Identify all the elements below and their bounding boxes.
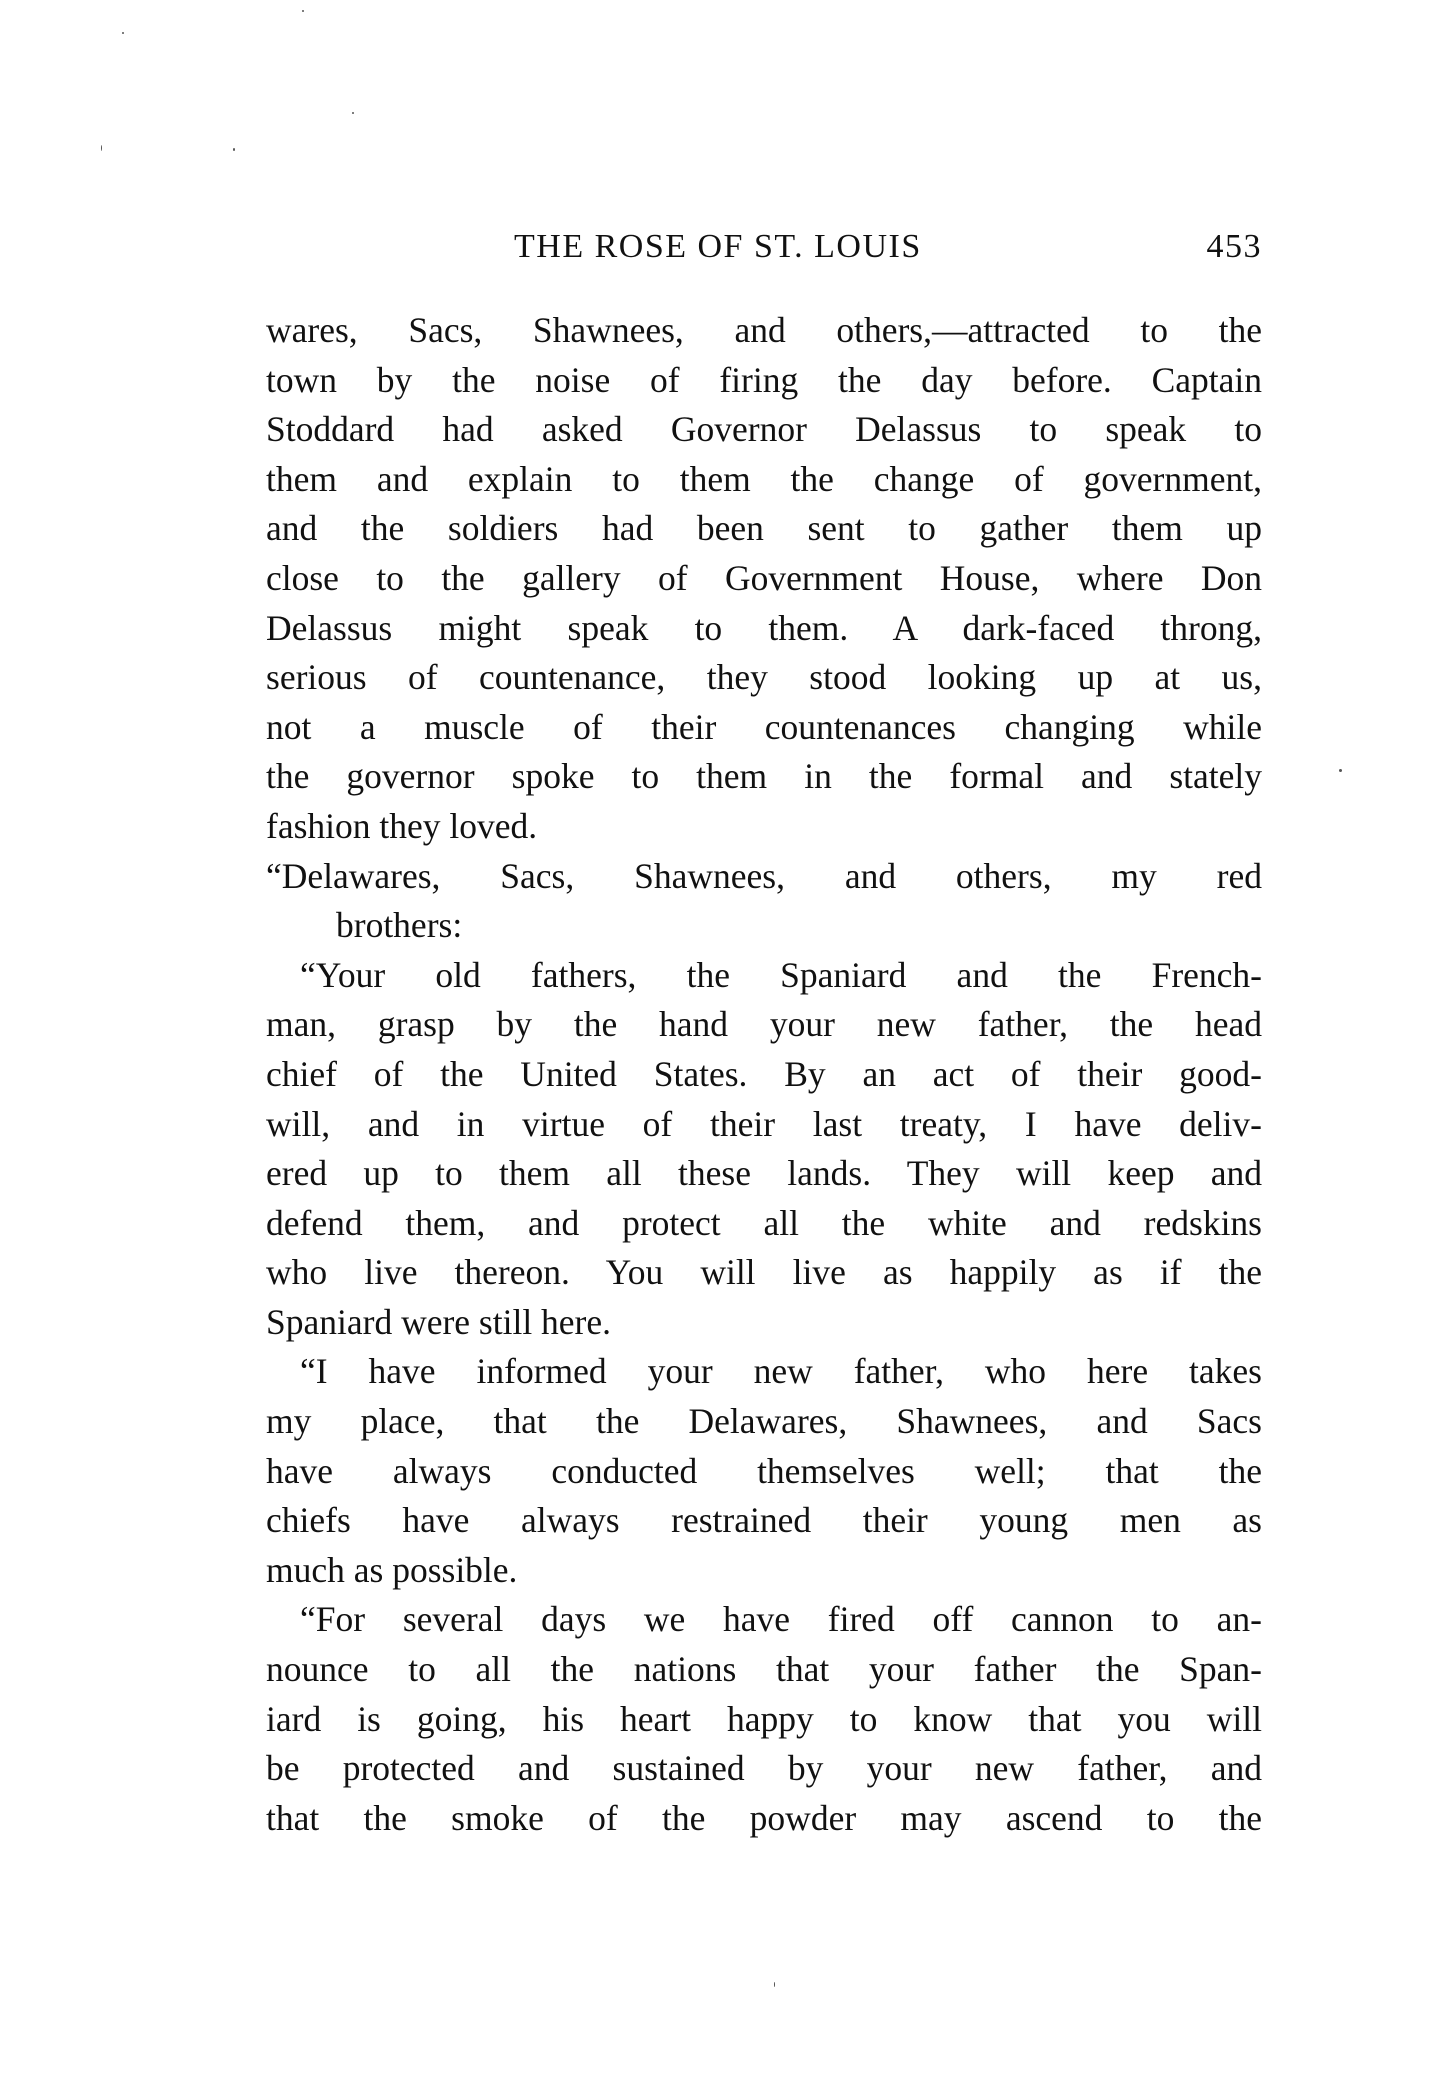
text-line: and the soldiers had been sent to gather… — [266, 504, 1262, 554]
text-line: chief of the United States. By an act of… — [266, 1050, 1262, 1100]
text-line: my place, that the Delawares, Shawnees, … — [266, 1397, 1262, 1447]
text-line: “For several days we have fired off cann… — [266, 1595, 1262, 1645]
text-line: that the smoke of the powder may ascend … — [266, 1794, 1262, 1844]
text-line: nounce to all the nations that your fath… — [266, 1645, 1262, 1695]
scan-artifact — [774, 1982, 775, 1987]
speech-salutation-line: “Delawares, Sacs, Shawnees, and others, … — [266, 852, 1262, 902]
running-title: THE ROSE OF ST. LOUIS — [514, 228, 922, 266]
text-line: wares, Sacs, Shawnees, and others,—attra… — [266, 306, 1262, 356]
book-page: THE ROSE OF ST. LOUIS 453 wares, Sacs, S… — [0, 0, 1456, 2082]
text-line: “Your old fathers, the Spaniard and the … — [266, 951, 1262, 1001]
text-line: Stoddard had asked Governor Delassus to … — [266, 405, 1262, 455]
text-line: Spaniard were still here. — [266, 1298, 1262, 1348]
text-line: chiefs have always restrained their youn… — [266, 1496, 1262, 1546]
text-line: fashion they loved. — [266, 802, 1262, 852]
text-line: the governor spoke to them in the formal… — [266, 752, 1262, 802]
text-line: defend them, and protect all the white a… — [266, 1199, 1262, 1249]
text-line: who live thereon. You will live as happi… — [266, 1248, 1262, 1298]
text-line: them and explain to them the change of g… — [266, 455, 1262, 505]
text-line: close to the gallery of Government House… — [266, 554, 1262, 604]
text-line: will, and in virtue of their last treaty… — [266, 1100, 1262, 1150]
scan-artifact — [1339, 769, 1342, 772]
text-line: Delassus might speak to them. A dark-fac… — [266, 604, 1262, 654]
scan-artifact — [302, 10, 304, 12]
speech-salutation-line: brothers: — [266, 901, 1262, 951]
text-line: serious of countenance, they stood looki… — [266, 653, 1262, 703]
running-head: THE ROSE OF ST. LOUIS 453 — [266, 228, 1262, 272]
text-line: much as possible. — [266, 1546, 1262, 1596]
text-line: “I have informed your new father, who he… — [266, 1347, 1262, 1397]
text-line: ered up to them all these lands. They wi… — [266, 1149, 1262, 1199]
text-line: have always conducted themselves well; t… — [266, 1447, 1262, 1497]
text-line: man, grasp by the hand your new father, … — [266, 1000, 1262, 1050]
body-text: wares, Sacs, Shawnees, and others,—attra… — [266, 306, 1262, 1843]
text-line: iard is going, his heart happy to know t… — [266, 1695, 1262, 1745]
scan-artifact — [352, 112, 354, 114]
scan-artifact — [122, 32, 124, 34]
scan-artifact — [101, 145, 102, 151]
text-line: town by the noise of firing the day befo… — [266, 356, 1262, 406]
page-number: 453 — [1207, 228, 1263, 266]
text-line: be protected and sustained by your new f… — [266, 1744, 1262, 1794]
scan-artifact — [233, 148, 235, 151]
text-line: not a muscle of their countenances chang… — [266, 703, 1262, 753]
